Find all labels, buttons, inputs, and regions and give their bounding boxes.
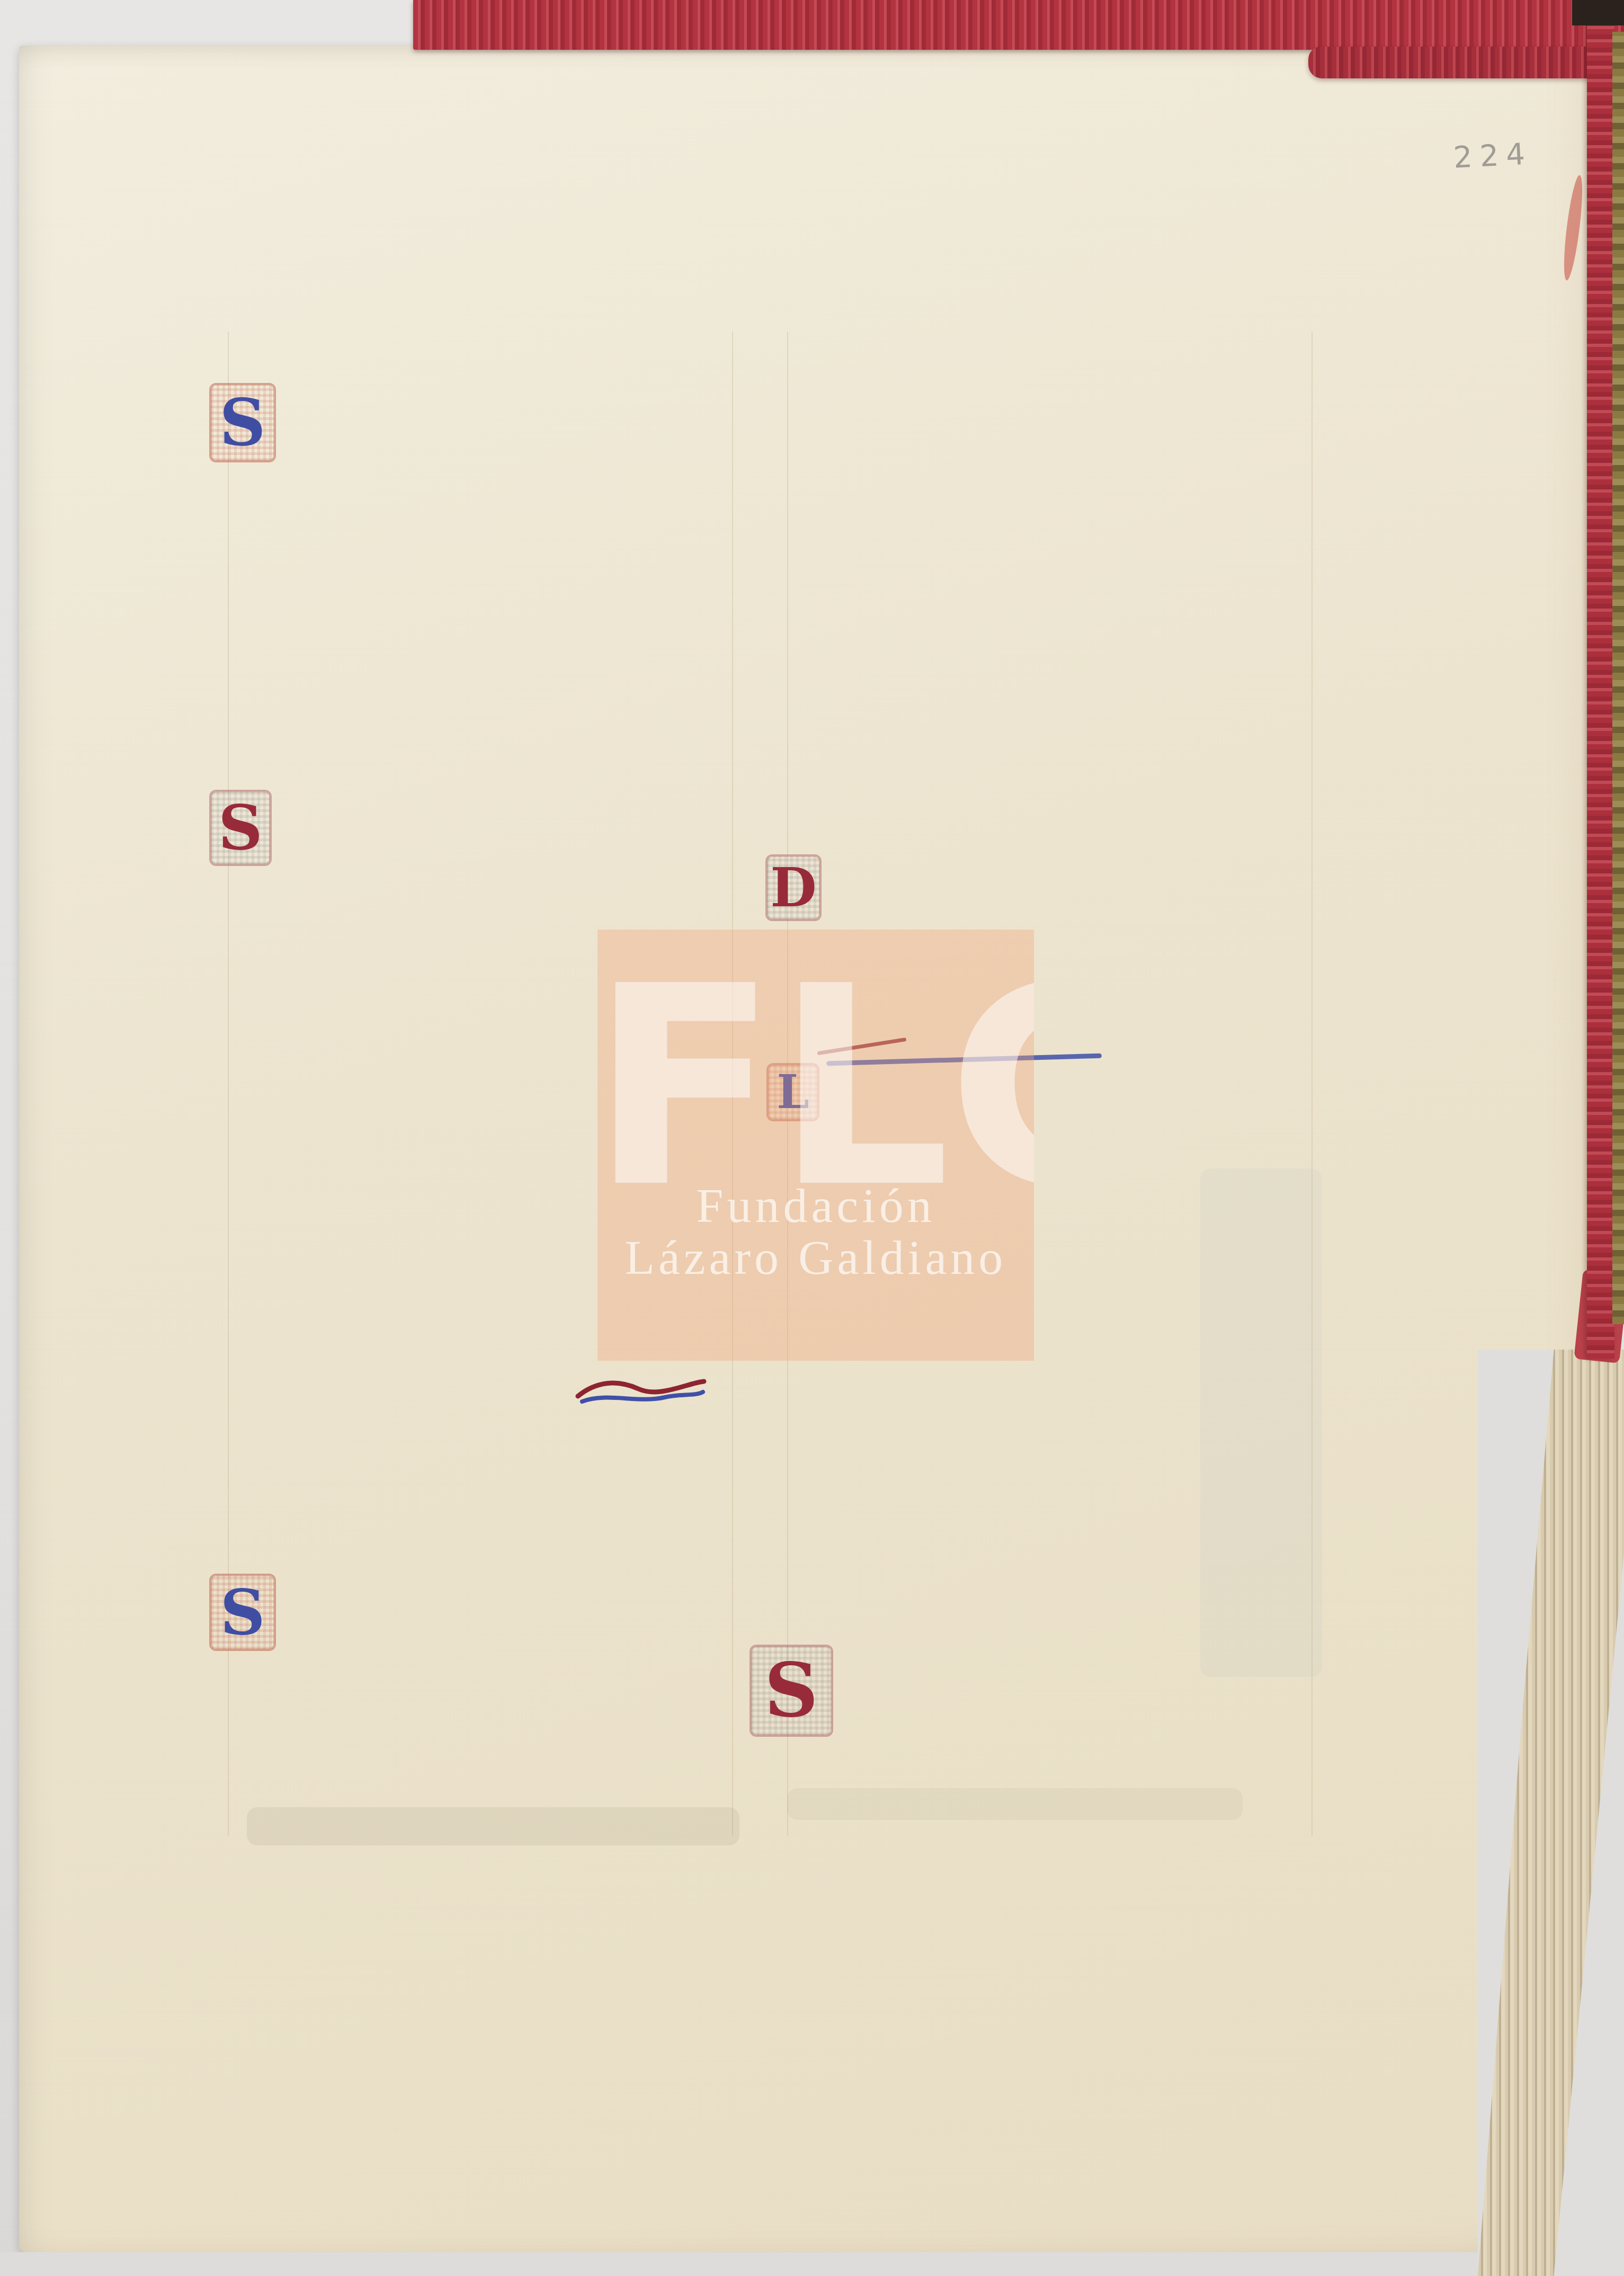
binding-trim <box>1612 32 1624 1324</box>
line-filler-flourish-icon <box>575 1376 707 1407</box>
photograph-background: SSSDLS metaulx et les pierres precieuses… <box>0 0 1624 2276</box>
illuminated-initial-S: S <box>211 1575 274 1649</box>
binding-cloth-right <box>1587 0 1614 1359</box>
folio-number-pencil: 224 <box>1452 137 1533 175</box>
library-watermark: FLG Fundación Lázaro Galdiano <box>597 930 1034 1361</box>
corner-shadow <box>1572 0 1624 25</box>
binding-cloth-top <box>413 0 1624 50</box>
ink-offset-stain <box>787 1788 1243 1820</box>
illuminated-initial-D: D <box>767 856 820 920</box>
binding-cloth-top-fold <box>1308 47 1624 78</box>
page-edges <box>1478 1350 1624 2276</box>
illuminated-initial-S: S <box>211 791 270 864</box>
paper-discoloration <box>1200 1168 1322 1677</box>
illuminated-initial-S: S <box>211 385 274 461</box>
watermark-text-line2: Lázaro Galdiano <box>597 1229 1034 1286</box>
ink-offset-stain <box>247 1807 739 1845</box>
illuminated-initial-S: S <box>751 1646 832 1735</box>
watermark-text-line1: Fundación <box>597 1177 1034 1234</box>
table-surface <box>0 2252 1624 2276</box>
